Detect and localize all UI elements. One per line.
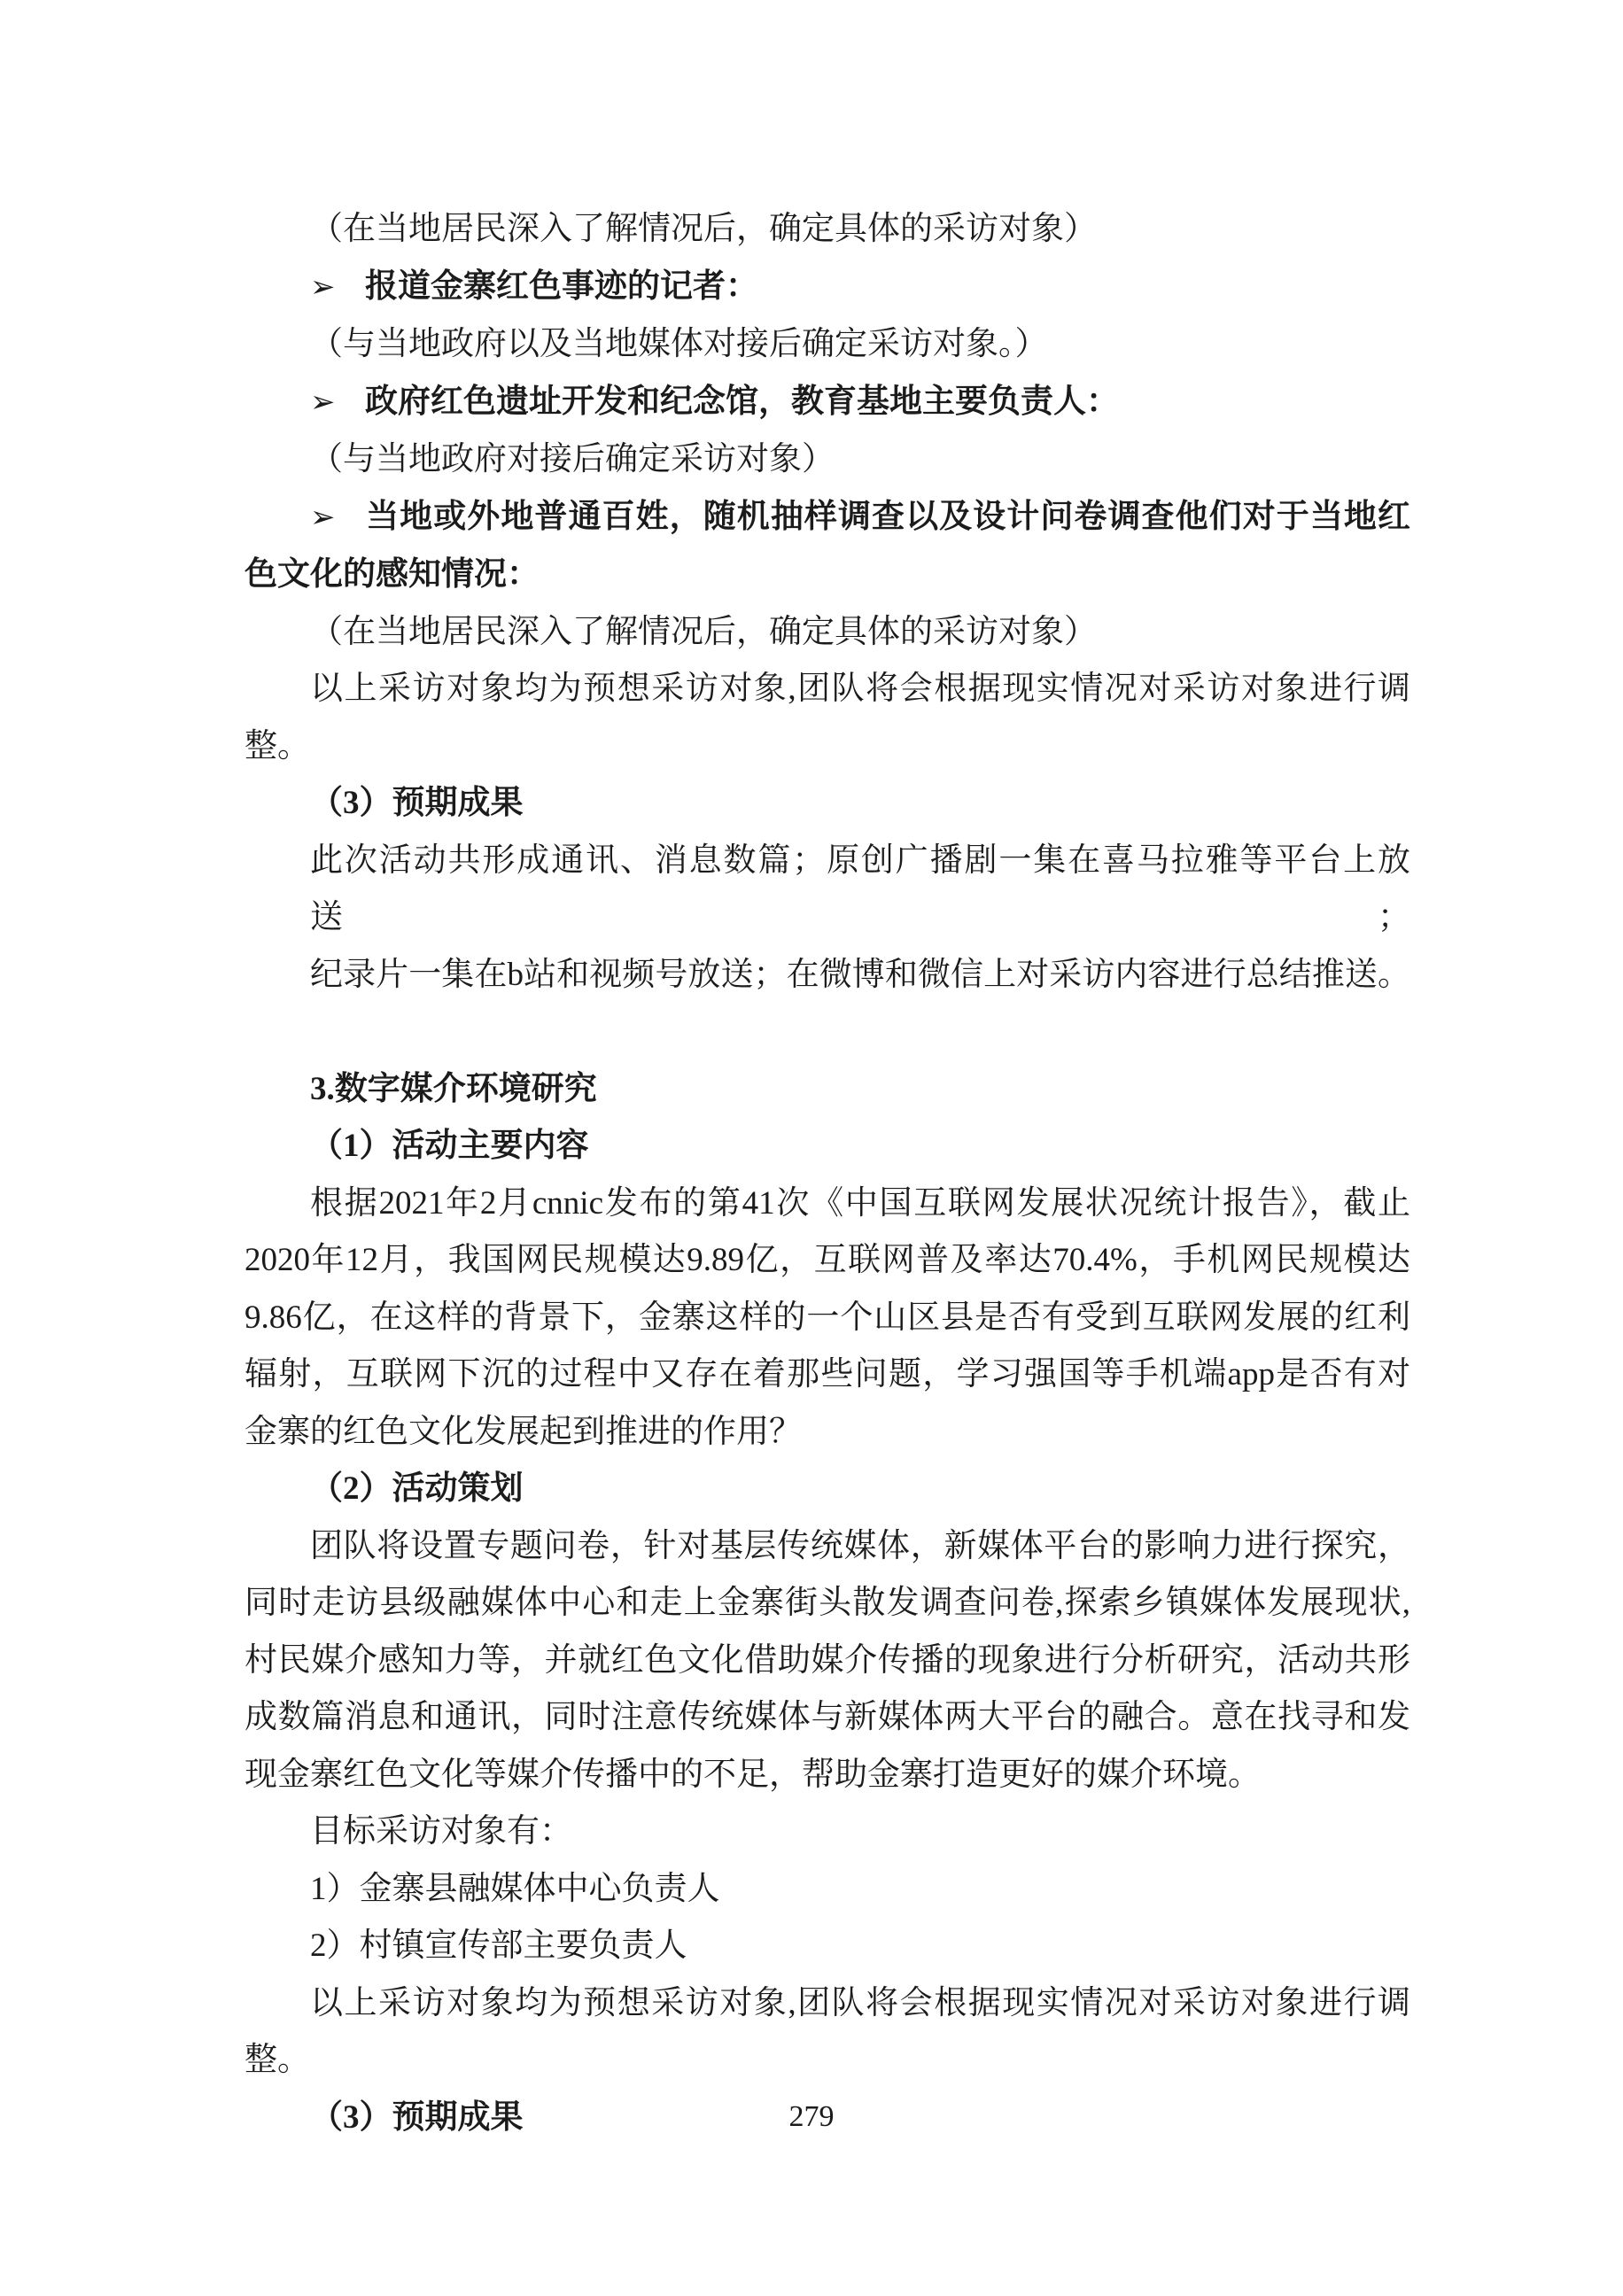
- text-line: （1）活动主要内容: [245, 1118, 1410, 1175]
- text-line: （在当地居民深入了解情况后，确定具体的采访对象）: [245, 201, 1410, 259]
- line-text: 色文化的感知情况：: [245, 556, 540, 593]
- text-line: 整。: [245, 2032, 1410, 2090]
- line-text: 现金寨红色文化等媒介传播中的不足，帮助金寨打造更好的媒介环境。: [245, 1757, 1261, 1793]
- text-line: 团队将设置专题问卷，针对基层传统媒体，新媒体平台的影响力进行探究，: [245, 1518, 1410, 1576]
- line-text: 9.86亿，在这样的背景下，金寨这样的一个山区县是否有受到互联网发展的红利: [245, 1299, 1410, 1336]
- text-line: 辐射，互联网下沉的过程中又存在着那些问题，学习强国等手机端app是否有对: [245, 1346, 1410, 1404]
- line-text: 当地或外地普通百姓，随机抽样调查以及设计问卷调查他们对于当地红: [365, 499, 1410, 535]
- blank-line: [245, 1004, 1410, 1061]
- line-text: 2）村镇宣传部主要负责人: [310, 1928, 687, 1964]
- text-line: （2）活动策划: [245, 1461, 1410, 1518]
- text-line: 整。: [245, 718, 1410, 776]
- text-line: （与当地政府对接后确定采访对象）: [245, 431, 1410, 489]
- text-line: （与当地政府以及当地媒体对接后确定采访对象。）: [245, 316, 1410, 374]
- line-text: 根据2021年2月cnnic发布的第41次《中国互联网发展状况统计报告》，截止: [310, 1185, 1410, 1222]
- line-text: （与当地政府以及当地媒体对接后确定采访对象。）: [310, 326, 1048, 362]
- line-text: 此次活动共形成通讯、消息数篇；原创广播剧一集在喜马拉雅等平台上放送；: [310, 842, 1410, 936]
- arrow-bullet-icon: ➢: [310, 490, 365, 547]
- text-line: 金寨的红色文化发展起到推进的作用？: [245, 1404, 1410, 1462]
- text-line: 根据2021年2月cnnic发布的第41次《中国互联网发展状况统计报告》，截止: [245, 1175, 1410, 1233]
- text-line: ➢报道金寨红色事迹的记者：: [245, 259, 1410, 317]
- line-text: （2）活动策划: [310, 1470, 524, 1507]
- line-text: 3.数字媒介环境研究: [310, 1071, 597, 1107]
- line-text: 纪录片一集在b站和视频号放送；在微博和微信上对采访内容进行总结推送。: [310, 957, 1410, 993]
- line-text: 政府红色遗址开发和纪念馆，教育基地主要负责人：: [365, 384, 1119, 420]
- line-text: 1）金寨县融媒体中心负责人: [310, 1871, 720, 1907]
- text-line: （3）预期成果: [245, 775, 1410, 833]
- line-text: 整。: [245, 728, 310, 764]
- line-text: 以上采访对象均为预想采访对象,团队将会根据现实情况对采访对象进行调: [310, 671, 1410, 707]
- text-line: 2020年12月，我国网民规模达9.89亿，互联网普及率达70.4%，手机网民规…: [245, 1232, 1410, 1290]
- text-line: （在当地居民深入了解情况后，确定具体的采访对象）: [245, 604, 1410, 662]
- line-text: （3）预期成果: [310, 785, 524, 821]
- text-line: 成数篇消息和通讯，同时注意传统媒体与新媒体两大平台的融合。意在找寻和发: [245, 1689, 1410, 1747]
- text-line: 色文化的感知情况：: [245, 547, 1410, 604]
- arrow-bullet-icon: ➢: [310, 260, 365, 317]
- text-line: 以上采访对象均为预想采访对象,团队将会根据现实情况对采访对象进行调: [245, 1975, 1410, 2033]
- line-text: 报道金寨红色事迹的记者：: [365, 268, 758, 305]
- page-number: 279: [0, 2089, 1623, 2146]
- text-line: 9.86亿，在这样的背景下，金寨这样的一个山区县是否有受到互联网发展的红利: [245, 1290, 1410, 1347]
- text-line: 目标采访对象有：: [245, 1803, 1410, 1861]
- line-text: （与当地政府对接后确定采访对象）: [310, 441, 835, 477]
- text-line: 纪录片一集在b站和视频号放送；在微博和微信上对采访内容进行总结推送。: [245, 947, 1410, 1004]
- line-text: 同时走访县级融媒体中心和走上金寨街头散发调查问卷,探索乡镇媒体发展现状,: [245, 1585, 1410, 1621]
- line-text: （1）活动主要内容: [310, 1128, 589, 1164]
- line-text: 目标采访对象有：: [310, 1813, 572, 1850]
- line-text: （在当地居民深入了解情况后，确定具体的采访对象）: [310, 614, 1097, 650]
- text-line: ➢政府红色遗址开发和纪念馆，教育基地主要负责人：: [245, 374, 1410, 432]
- text-line: 1）金寨县融媒体中心负责人: [245, 1861, 1410, 1919]
- text-line: 此次活动共形成通讯、消息数篇；原创广播剧一集在喜马拉雅等平台上放送；: [245, 833, 1410, 947]
- line-text: （在当地居民深入了解情况后，确定具体的采访对象）: [310, 211, 1097, 247]
- document-content: （在当地居民深入了解情况后，确定具体的采访对象）➢报道金寨红色事迹的记者：（与当…: [245, 201, 1410, 2146]
- arrow-bullet-icon: ➢: [310, 375, 365, 432]
- line-text: 团队将设置专题问卷，针对基层传统媒体，新媒体平台的影响力进行探究，: [310, 1528, 1410, 1564]
- text-line: 村民媒介感知力等，并就红色文化借助媒介传播的现象进行分析研究，活动共形: [245, 1633, 1410, 1690]
- line-text: 2020年12月，我国网民规模达9.89亿，互联网普及率达70.4%，手机网民规…: [245, 1242, 1410, 1278]
- text-line: ➢当地或外地普通百姓，随机抽样调查以及设计问卷调查他们对于当地红: [245, 489, 1410, 547]
- line-text: 成数篇消息和通讯，同时注意传统媒体与新媒体两大平台的融合。意在找寻和发: [245, 1699, 1410, 1735]
- text-line: 同时走访县级融媒体中心和走上金寨街头散发调查问卷,探索乡镇媒体发展现状,: [245, 1575, 1410, 1633]
- line-text: 村民媒介感知力等，并就红色文化借助媒介传播的现象进行分析研究，活动共形: [245, 1642, 1410, 1679]
- line-text: 以上采访对象均为预想采访对象,团队将会根据现实情况对采访对象进行调: [310, 1985, 1410, 2021]
- line-text: 整。: [245, 2042, 310, 2078]
- line-text: 辐射，互联网下沉的过程中又存在着那些问题，学习强国等手机端app是否有对: [245, 1356, 1410, 1392]
- document-page: （在当地居民深入了解情况后，确定具体的采访对象）➢报道金寨红色事迹的记者：（与当…: [0, 0, 1623, 2296]
- text-line: 以上采访对象均为预想采访对象,团队将会根据现实情况对采访对象进行调: [245, 661, 1410, 718]
- text-line: 2）村镇宣传部主要负责人: [245, 1918, 1410, 1975]
- text-line: 3.数字媒介环境研究: [245, 1061, 1410, 1119]
- line-text: 金寨的红色文化发展起到推进的作用？: [245, 1414, 802, 1450]
- text-line: 现金寨红色文化等媒介传播中的不足，帮助金寨打造更好的媒介环境。: [245, 1747, 1410, 1804]
